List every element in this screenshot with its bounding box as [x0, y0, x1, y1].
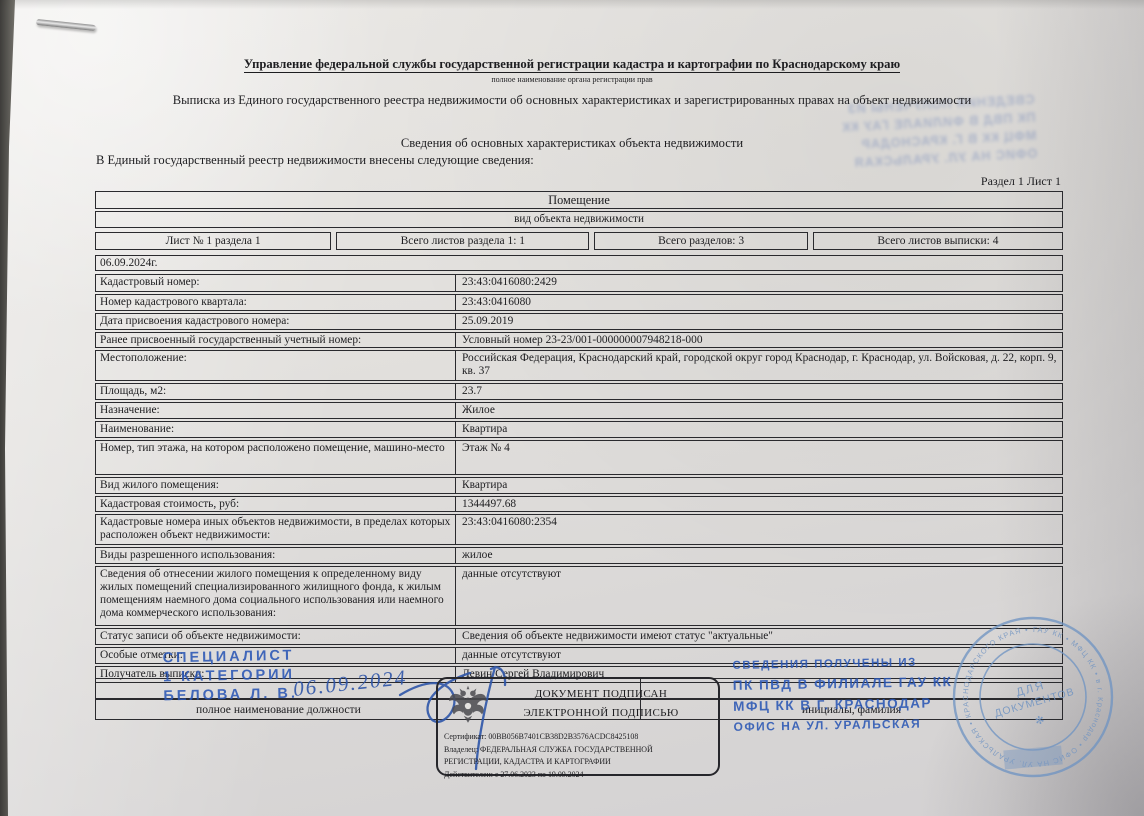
mfc-info-stamp: СВЕДЕНИЯ ПОЛУЧЕНЫ ИЗ ПК ПВД В ФИЛИАЛЕ ГА…: [732, 653, 953, 737]
coat-of-arms-icon: [444, 684, 492, 728]
specialist-stamp-line: БЕЛОВА Л. В.: [163, 685, 298, 707]
authority-caption: полное наименование органа регистрации п…: [0, 75, 1144, 84]
object-type-row: Помещение: [95, 191, 1063, 209]
table-row: Виды разрешенного использования:жилое: [95, 547, 1063, 564]
table-row: Кадастровая стоимость, руб:1344497.68: [95, 496, 1063, 513]
intro-line: В Единый государственный реестр недвижим…: [96, 153, 534, 168]
object-type-caption-row: вид объекта недвижимости: [95, 211, 1063, 228]
table-row: Наименование:Квартира: [95, 421, 1063, 438]
table-row: Кадастровые номера иных объектов недвижи…: [95, 514, 1063, 545]
table-row: Сведения об отнесении жилого помещения к…: [95, 566, 1063, 626]
sheet-cell: Всего листов раздела 1: 1: [336, 232, 589, 250]
sheet-cell: Всего листов выписки: 4: [813, 232, 1063, 250]
esig-owner: РЕГИСТРАЦИИ, КАДАСТРА И КАРТОГРАФИИ: [444, 756, 710, 768]
table-row: Назначение:Жилое: [95, 402, 1063, 419]
esig-title: ДОКУМЕНТ ПОДПИСАН: [492, 688, 710, 700]
table-row: Площадь, м2:23.7: [95, 383, 1063, 400]
specialist-stamp: СПЕЦИАЛИСТ 1 КАТЕГОРИИ БЕЛОВА Л. В.: [162, 647, 298, 707]
main-table: Раздел 1 Лист 1 Помещение вид объекта не…: [95, 174, 1063, 683]
table-row: Местоположение:Российская Федерация, Кра…: [95, 350, 1063, 381]
authority-name: Управление федеральной службы государств…: [0, 57, 1144, 72]
electronic-signature-box: ДОКУМЕНТ ПОДПИСАН ЭЛЕКТРОННОЙ ПОДПИСЬЮ С…: [436, 677, 720, 776]
table-row: Вид жилого помещения:Квартира: [95, 477, 1063, 494]
document-title: Выписка из Единого государственного реес…: [0, 93, 1144, 108]
svg-text:✻: ✻: [1034, 714, 1046, 728]
table-row: Номер, тип этажа, на котором расположено…: [95, 440, 1063, 475]
table-row: Дата присвоения кадастрового номера:25.0…: [95, 313, 1063, 330]
esig-validity: Действителен: с 27.06.2023 по 19.09.2024: [444, 769, 710, 781]
scanned-document-photo: СВЕДЕНИЯ ПОЛУЧЕНЫ ИЗ ПК ПВД В ФИЛИАЛЕ ГА…: [0, 0, 1144, 816]
table-row: Статус записи об объекте недвижимости:Св…: [95, 628, 1063, 645]
table-row: Кадастровый номер:23:43:0416080:2429: [95, 274, 1063, 292]
staple: [36, 19, 96, 31]
mfc-stamp-line: ОФИС НА УЛ. УРАЛЬСКАЯ: [733, 713, 953, 737]
table-row: Ранее присвоенный государственный учетны…: [95, 332, 1063, 349]
paper-edge-shadow: [0, 0, 16, 816]
esig-title: ЭЛЕКТРОННОЙ ПОДПИСЬЮ: [492, 707, 710, 719]
sheet-counters-row: Лист № 1 раздела 1 Всего листов раздела …: [95, 232, 1063, 250]
section-title: Сведения об основных характеристиках объ…: [0, 136, 1144, 151]
sheet-cell: Лист № 1 раздела 1: [95, 232, 331, 250]
esig-owner: Владелец: ФЕДЕРАЛЬНАЯ СЛУЖБА ГОСУДАРСТВЕ…: [444, 744, 710, 756]
esig-certificate: Сертификат: 00BB056B7401CB38D2B3576ACDC8…: [444, 731, 710, 743]
round-seal-stamp: ГАУ КК • МФЦ КК • в г. Краснодар • ОФИС …: [948, 612, 1118, 782]
section-sheet-label: Раздел 1 Лист 1: [95, 174, 1063, 191]
table-row: Номер кадастрового квартала:23:43:041608…: [95, 294, 1063, 311]
sheet-cell: Всего разделов: 3: [594, 232, 808, 250]
extract-date-row: 06.09.2024г.: [95, 255, 1063, 271]
